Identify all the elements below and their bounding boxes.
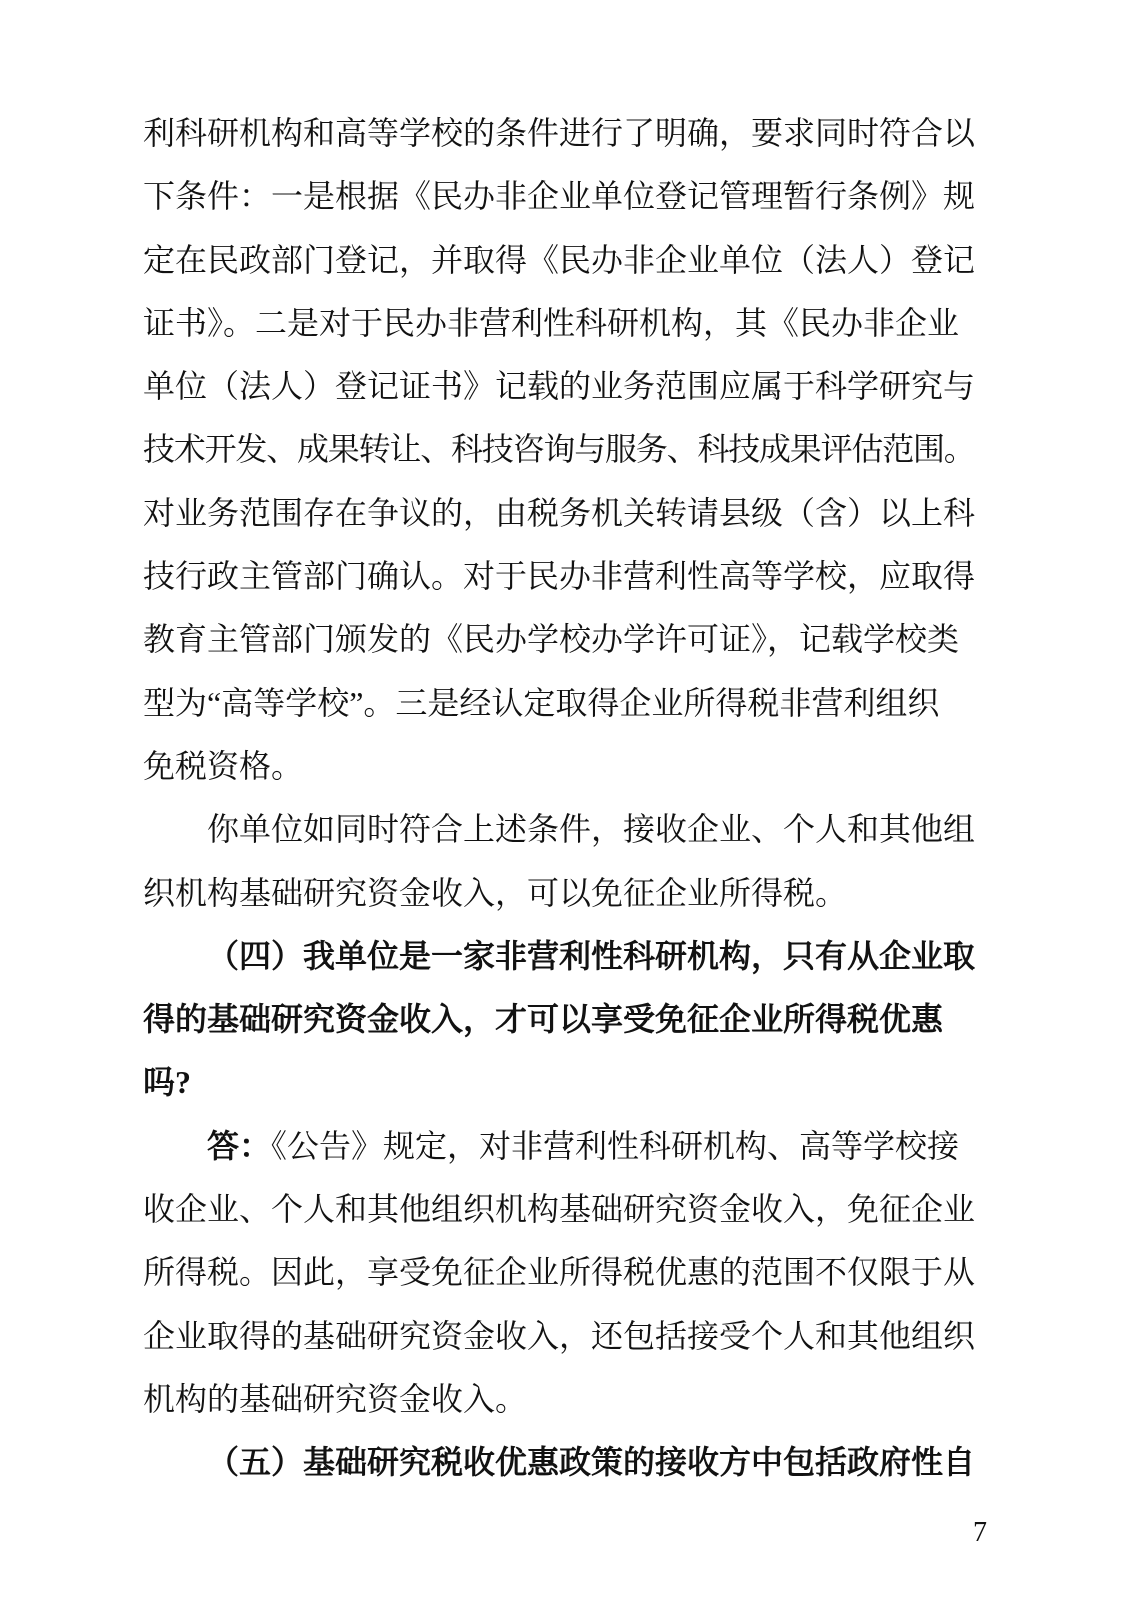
document-page: 利科研机构和高等学校的条件进行了明确，要求同时符合以下条件：一是根据《民办非企业… [0, 0, 1138, 1606]
page-number: 7 [960, 1516, 1000, 1550]
paragraph-body: 你单位如同时符合上述条件，接收企业、个人和其他组织机构基础研究资金收入，可以免征… [143, 798, 983, 925]
text-line: 教育主管部门颁发的《民办学校办学许可证》，记载学校类 [143, 608, 983, 671]
text-line: （四）我单位是一家非营利性科研机构，只有从企业取 [143, 925, 983, 988]
text-line: 下条件：一是根据《民办非企业单位登记管理暂行条例》规 [143, 165, 983, 228]
text-line: 得的基础研究资金收入，才可以享受免征企业所得税优惠 [143, 988, 983, 1051]
text-line: 答：《公告》规定，对非营利性科研机构、高等学校接 [143, 1115, 983, 1178]
text-line: 技术开发、成果转让、科技咨询与服务、科技成果评估范围。 [143, 418, 983, 481]
paragraph-answer: 答：《公告》规定，对非营利性科研机构、高等学校接收企业、个人和其他组织机构基础研… [143, 1115, 983, 1431]
text-line: 所得税。因此，享受免征企业所得税优惠的范围不仅限于从 [143, 1241, 983, 1304]
text-line: 型为“高等学校”。三是经认定取得企业所得税非营利组织 [143, 672, 983, 735]
text-line: 机构的基础研究资金收入。 [143, 1368, 983, 1431]
text-line: 你单位如同时符合上述条件，接收企业、个人和其他组 [143, 798, 983, 861]
text-line: 织机构基础研究资金收入，可以免征企业所得税。 [143, 862, 983, 925]
paragraph-body: 利科研机构和高等学校的条件进行了明确，要求同时符合以下条件：一是根据《民办非企业… [143, 102, 983, 798]
document-text-block: 利科研机构和高等学校的条件进行了明确，要求同时符合以下条件：一是根据《民办非企业… [143, 102, 983, 1495]
paragraph-question: （四）我单位是一家非营利性科研机构，只有从企业取得的基础研究资金收入，才可以享受… [143, 925, 983, 1115]
paragraph-question: （五）基础研究税收优惠政策的接收方中包括政府性自 [143, 1431, 983, 1494]
text-line: 单位（法人）登记证书》记载的业务范围应属于科学研究与 [143, 355, 983, 418]
text-line: 收企业、个人和其他组织机构基础研究资金收入，免征企业 [143, 1178, 983, 1241]
text-line-body: 《公告》规定，对非营利性科研机构、高等学校接 [271, 1128, 959, 1164]
answer-prefix: 答： [207, 1128, 271, 1164]
text-line: 对业务范围存在争议的，由税务机关转请县级（含）以上科 [143, 482, 983, 545]
text-line: 免税资格。 [143, 735, 983, 798]
text-line: （五）基础研究税收优惠政策的接收方中包括政府性自 [143, 1431, 983, 1494]
text-line: 企业取得的基础研究资金收入，还包括接受个人和其他组织 [143, 1305, 983, 1368]
text-line: 吗? [143, 1051, 983, 1114]
text-line: 证书》。二是对于民办非营利性科研机构，其《民办非企业 [143, 292, 983, 355]
text-line: 定在民政部门登记，并取得《民办非企业单位（法人）登记 [143, 229, 983, 292]
text-line: 利科研机构和高等学校的条件进行了明确，要求同时符合以 [143, 102, 983, 165]
text-line: 技行政主管部门确认。对于民办非营利性高等学校，应取得 [143, 545, 983, 608]
